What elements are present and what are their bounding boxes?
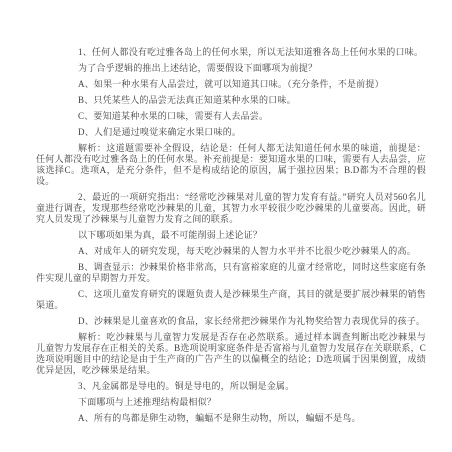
question-1-analysis: 解析：这道题需要补全假设，结论是：任何人都无法知道任何水果的味道，前提是：任何人… (36, 143, 426, 187)
question-2-option-a: A、对成年人的研究发现，每天吃沙棘果的人智力水平并不比很少吃沙棘果人的高。 (36, 246, 426, 257)
question-2-option-c: C、这项儿童发育研究的课题负责人是沙棘果生产商，其目的就是要扩展沙棘果的销售渠道… (36, 289, 426, 311)
question-1-block: 1、任何人都没有吃过雅各岛上的任何水果，所以无法知道雅各岛上任何水果的口味。 为… (36, 47, 426, 187)
question-2-option-d: D、沙棘果是儿童喜欢的食品，家长经常把沙棘果作为礼物奖给智力表现优异的孩子。 (36, 316, 426, 327)
question-2-prompt: 以下哪项如果为真，最不可能削弱上述论证？ (36, 230, 426, 241)
question-2-stem: 2、最近的一项研究指出：“经常吃沙棘果对儿童的智力发育有益。”研究人员对560名… (36, 192, 426, 225)
question-3-block: 3、凡金属都是导电的。铜是导电的，所以铜是金属。 下面哪项与上述推理结构最相似？… (36, 381, 426, 424)
question-3-prompt: 下面哪项与上述推理结构最相似？ (36, 397, 426, 408)
question-2-option-b: B、调查显示：沙棘果价格非常高，只有富裕家庭的儿童才经常吃，同时这些家庭有条件实… (36, 262, 426, 284)
question-1-option-b: B、只凭某些人的品尝无法真正知道某种水果的口味。 (36, 95, 426, 106)
question-1-stem: 1、任何人都没有吃过雅各岛上的任何水果，所以无法知道雅各岛上任何水果的口味。 (36, 47, 426, 58)
question-1-prompt: 为了合乎逻辑的推出上述结论，需要假设下面哪项为前提？ (36, 63, 426, 74)
question-2-block: 2、最近的一项研究指出：“经常吃沙棘果对儿童的智力发育有益。”研究人员对560名… (36, 192, 426, 376)
question-3-option-a: A、所有的鸟都是卵生动物，蝙蝠不是卵生动物，所以，蝙蝠不是鸟。 (36, 413, 426, 424)
question-1-option-c: C、要知道某种水果的口味，需要有人去品尝。 (36, 111, 426, 122)
document-page: 1、任何人都没有吃过雅各岛上的任何水果，所以无法知道雅各岛上任何水果的口味。 为… (0, 0, 452, 452)
question-1-option-d: D、人们是通过嗅觉来确定水果口味的。 (36, 127, 426, 138)
question-3-stem: 3、凡金属都是导电的。铜是导电的，所以铜是金属。 (36, 381, 426, 392)
question-1-option-a: A、如果一种水果有人品尝过，就可以知道其口味。（充分条件，不是前提） (36, 79, 426, 90)
question-2-analysis: 解析：吃沙棘果与儿童智力发展是否存在必然联系。通过样本调查判断出吃沙棘果与儿童智… (36, 332, 426, 376)
